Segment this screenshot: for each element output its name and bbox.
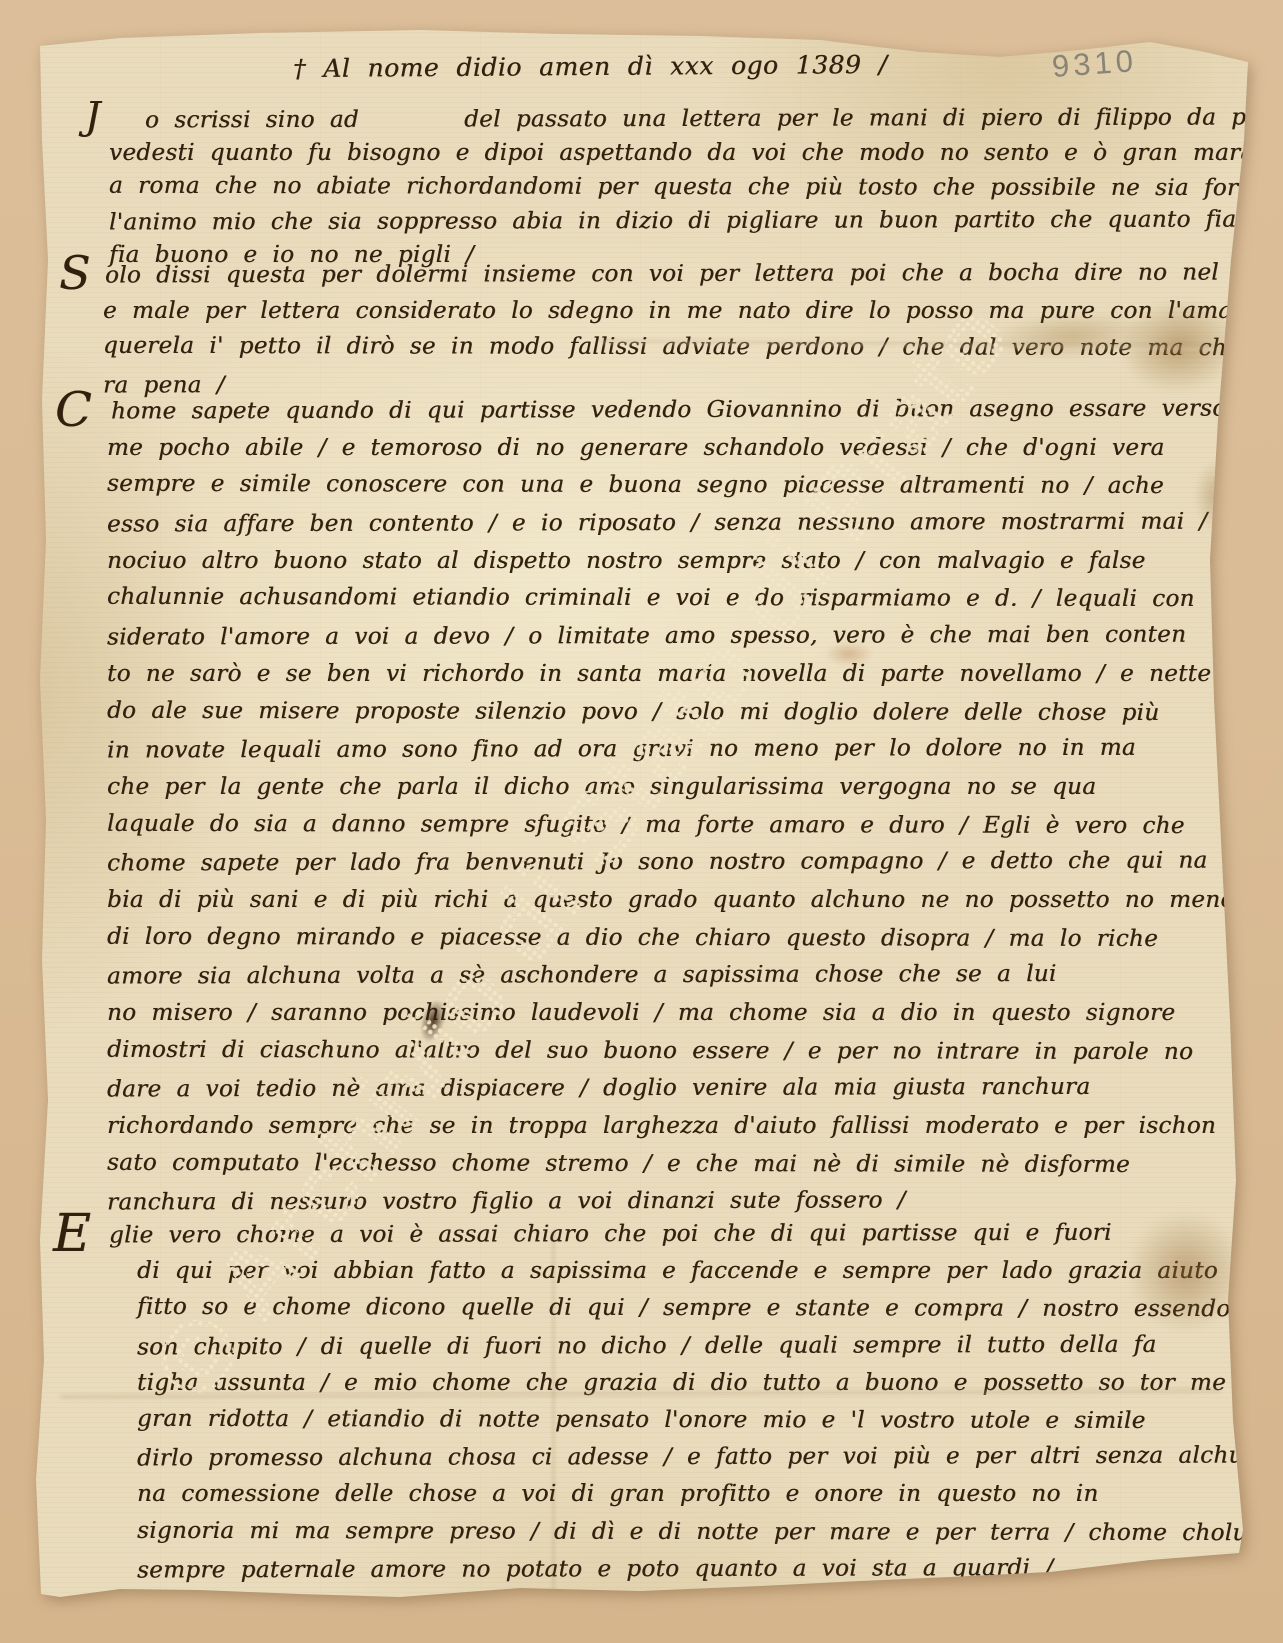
letter-paragraph-1: J o scrissi sino ad del passato una lett…: [95, 102, 1245, 272]
manuscript-line: siderato l'amore a voi a devo / o limita…: [107, 617, 1245, 658]
manuscript-line: in novate lequali amo sono fino ad ora g…: [107, 730, 1245, 771]
manuscript-line: do ale sue misere proposte silenzio povo…: [107, 692, 1245, 732]
paragraph-initial: S: [59, 246, 91, 300]
letter-paragraph-3: C home sapete quando di qui partisse ved…: [95, 392, 1245, 1221]
manuscript-line: sempre paternale amore no potato e poto …: [137, 1549, 1245, 1589]
paragraph-lines: glie vero chome a voi è assai chiaro che…: [95, 1216, 1245, 1588]
manuscript-line: home sapete quando di qui partisse veden…: [95, 390, 1245, 431]
manuscript-scan: { "page": { "archival_number": "9310", "…: [0, 0, 1283, 1643]
manuscript-line: di qui per voi abbian fatto a sapissima …: [137, 1253, 1245, 1290]
manuscript-line: dimostri di ciaschuno al'altro del suo b…: [107, 1031, 1245, 1071]
manuscript-line: vedesti quanto fu bisogno e dipoi aspett…: [109, 136, 1245, 170]
manuscript-line: chome sapete per lado fra benvenuti Jo s…: [107, 843, 1245, 884]
paragraph-initial: E: [53, 1204, 91, 1264]
manuscript-line: olo dissi questa per dolermi insieme con…: [95, 254, 1245, 294]
manuscript-line: sempre e simile conoscere con una e buon…: [107, 466, 1245, 506]
paragraph-lines: o scrissi sino ad del passato una letter…: [95, 102, 1245, 272]
manuscript-line: gran ridotta / etiandio di notte pensato…: [137, 1401, 1245, 1441]
manuscript-line: son chapito / di quelle di fuori no dich…: [137, 1326, 1245, 1366]
manuscript-line: no misero / saranno pochissimo laudevoli…: [107, 995, 1245, 1033]
manuscript-line: esso sia affare ben contento / e io ripo…: [107, 504, 1245, 545]
manuscript-line: dirlo promesso alchuna chosa ci adesse /…: [137, 1438, 1245, 1478]
paragraph-initial: C: [55, 382, 92, 438]
manuscript-line: che per la gente che parla il dicho amo …: [107, 769, 1245, 807]
paragraph-lines: olo dissi questa per dolermi insieme con…: [95, 256, 1245, 402]
manuscript-line: querela i' petto il dirò se in modo fall…: [103, 328, 1245, 367]
manuscript-line: laquale do sia a danno sempre sfugito / …: [107, 805, 1245, 845]
paragraph-lines: home sapete quando di qui partisse veden…: [95, 392, 1245, 1221]
archival-number: 9310: [1051, 43, 1138, 85]
manuscript-line: bia di più sani e di più richi a questo …: [107, 882, 1245, 920]
manuscript-line: me pocho abile / e temoroso di no genera…: [107, 430, 1245, 468]
manuscript-line: to ne sarò e se ben vi richordo in santa…: [107, 656, 1245, 694]
manuscript-line: glie vero chome a voi è assai chiaro che…: [95, 1214, 1245, 1254]
manuscript-line: fitto so e chome dicono quelle di qui / …: [137, 1289, 1245, 1329]
letter-paragraph-2: S olo dissi questa per dolermi insieme c…: [95, 256, 1245, 402]
letter-paper: † Al nome didio amen dì xxx ogo 1389 / 9…: [0, 0, 1283, 1643]
invocation-heading: † Al nome didio amen dì xxx ogo 1389 /: [293, 50, 888, 83]
manuscript-line: sato computato l'ecchesso chome stremo /…: [107, 1145, 1245, 1185]
manuscript-line: tigha assunta / e mio chome che grazia d…: [137, 1365, 1245, 1402]
paper-surface: † Al nome didio amen dì xxx ogo 1389 / 9…: [0, 0, 1283, 1643]
manuscript-line: signoria mi ma sempre preso / di dì e di…: [137, 1512, 1245, 1552]
manuscript-line: l'animo mio che sia soppresso abia in di…: [109, 203, 1245, 240]
manuscript-line: o scrissi sino ad del passato una letter…: [95, 100, 1245, 137]
manuscript-line: nociuo altro buono stato al dispetto nos…: [107, 543, 1245, 581]
manuscript-line: amore sia alchuna volta a sè aschondere …: [107, 956, 1245, 997]
manuscript-line: chalunnie achusandomi etiandio criminali…: [107, 579, 1245, 619]
manuscript-line: na comessione delle chose a voi di gran …: [137, 1476, 1245, 1513]
letter-paragraph-4: E glie vero chome a voi è assai chiaro c…: [95, 1216, 1245, 1588]
manuscript-line: dare a voi tedio nè ama dispiacere / dog…: [107, 1069, 1245, 1110]
manuscript-line: di loro degno mirando e piacesse a dio c…: [107, 918, 1245, 958]
manuscript-line: richordando sempre che se in troppa larg…: [107, 1108, 1245, 1146]
manuscript-line: a roma che no abiate richordandomi per q…: [109, 169, 1245, 205]
manuscript-line: e male per lettera considerato lo sdegno…: [103, 293, 1245, 330]
